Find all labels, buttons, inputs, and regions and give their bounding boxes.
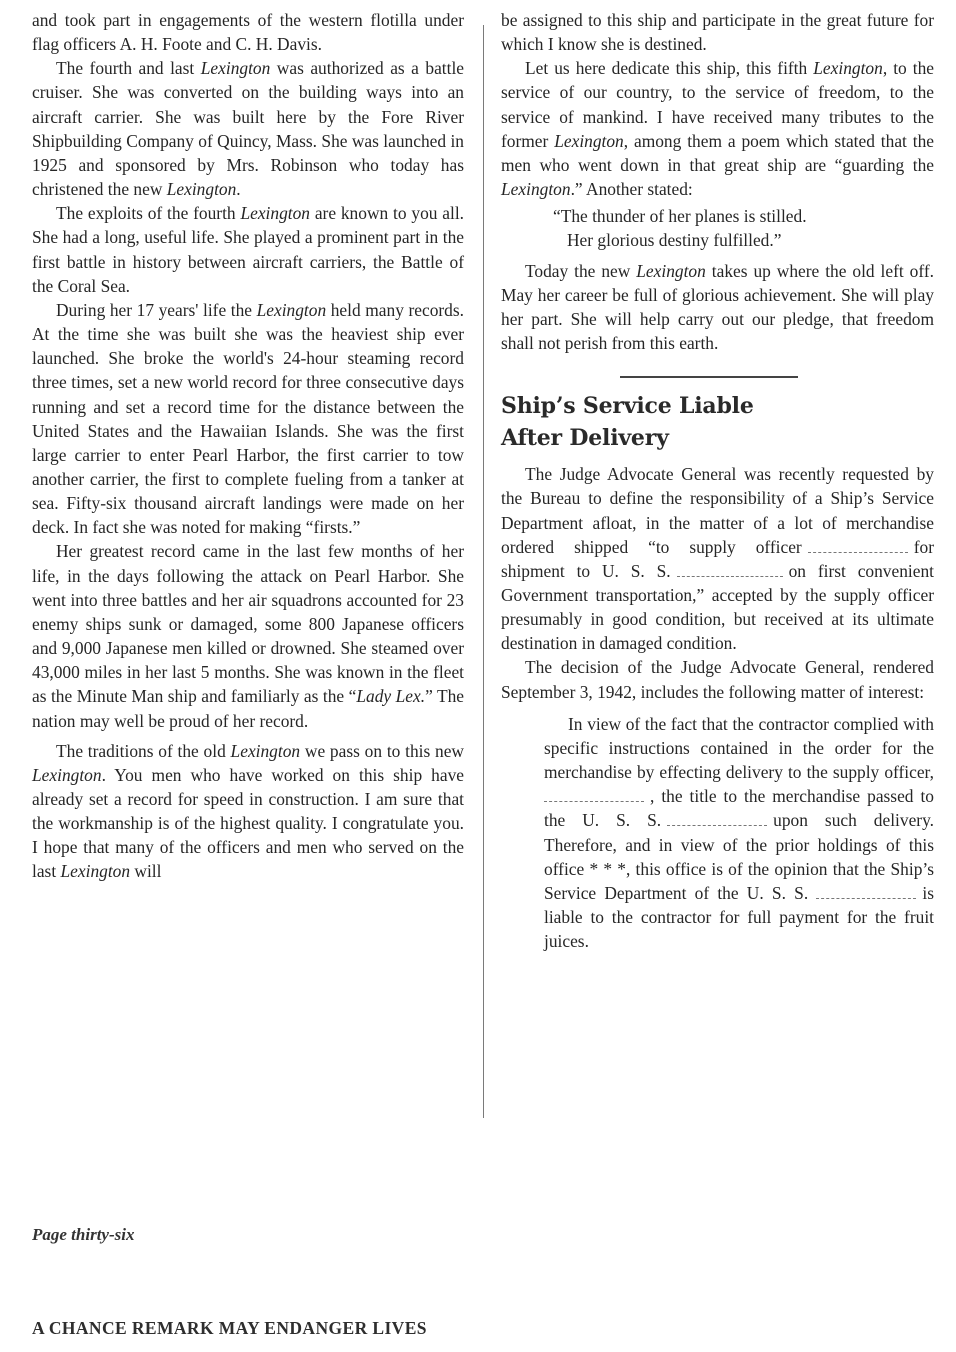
ship-name: Lexington	[636, 261, 706, 281]
paragraph-judge-advocate-request: The Judge Advocate General was recently …	[501, 462, 934, 655]
blank-fill-line	[808, 536, 908, 553]
paragraph-assigned: be assigned to this ship and participate…	[501, 8, 934, 56]
article-heading-line-2: After Delivery	[501, 425, 669, 451]
block-quote-decision: In view of the fact that the contractor …	[544, 712, 934, 954]
paragraph-decision: The decision of the Judge Advocate Gener…	[501, 655, 934, 703]
article-heading-line-1: Ship’s Service Liable	[501, 393, 754, 419]
left-column: and took part in engagements of the west…	[32, 8, 464, 884]
article-heading: Ship’s Service Liable After Delivery	[501, 390, 934, 454]
ship-name: Lexington	[554, 131, 624, 151]
footer-slogan: A CHANCE REMARK MAY ENDANGER LIVES	[32, 1318, 427, 1339]
paragraph-fourth-lexington: The fourth and last Lexington was author…	[32, 56, 464, 201]
page-number: Page thirty-six	[32, 1225, 134, 1245]
column-divider	[483, 25, 484, 1118]
paragraph-traditions: The traditions of the old Lexington we p…	[32, 739, 464, 884]
poem-line-1: “The thunder of her planes is stilled.	[553, 204, 934, 228]
ship-name: Lexington	[501, 179, 571, 199]
section-separator-rule	[620, 376, 798, 378]
blank-fill-line	[816, 882, 916, 899]
paragraph-records: During her 17 years' life the Lexington …	[32, 298, 464, 540]
blank-fill-line	[677, 560, 783, 577]
paragraph-dedicate: Let us here dedicate this ship, this fif…	[501, 56, 934, 201]
blank-fill-line	[544, 786, 644, 803]
poem-quote: “The thunder of her planes is stilled. H…	[501, 204, 934, 252]
ship-name: Lexington	[257, 300, 327, 320]
blank-fill-line	[667, 810, 767, 827]
poem-line-2: Her glorious destiny fulfilled.”	[553, 228, 934, 252]
ship-name: Lexington	[167, 179, 237, 199]
ship-name: Lexington	[813, 58, 883, 78]
paragraph-greatest-record: Her greatest record came in the last few…	[32, 539, 464, 732]
nickname: Lady Lex.	[356, 686, 425, 706]
right-column: be assigned to this ship and participate…	[501, 8, 934, 953]
ship-name: Lexington	[201, 58, 271, 78]
paragraph-today: Today the new Lexington takes up where t…	[501, 259, 934, 356]
paragraph-flotilla: and took part in engagements of the west…	[32, 8, 464, 56]
ship-name: Lexington	[240, 203, 310, 223]
ship-name: Lexington	[32, 765, 102, 785]
ship-name: Lexington	[231, 741, 301, 761]
paragraph-exploits: The exploits of the fourth Lexington are…	[32, 201, 464, 298]
ship-name: Lexington	[61, 861, 131, 881]
